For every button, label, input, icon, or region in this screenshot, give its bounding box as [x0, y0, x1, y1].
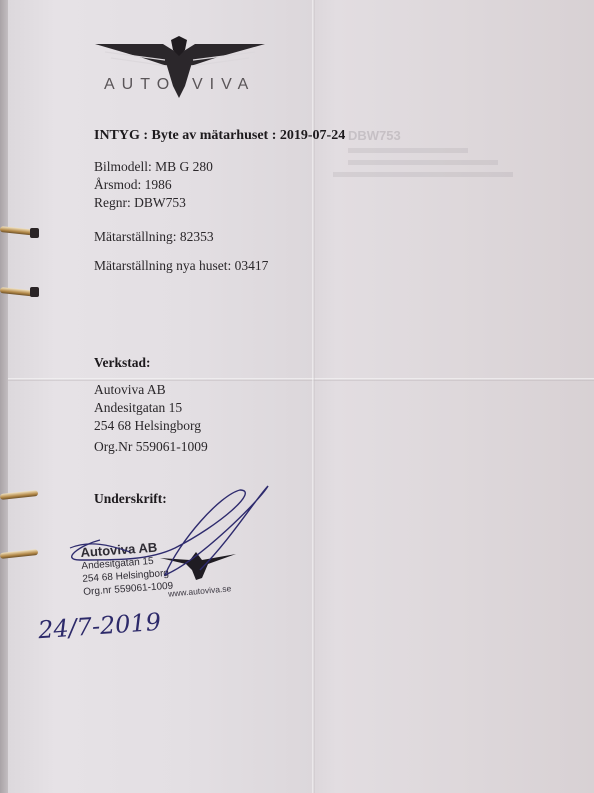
- handwritten-signature: [0, 0, 594, 793]
